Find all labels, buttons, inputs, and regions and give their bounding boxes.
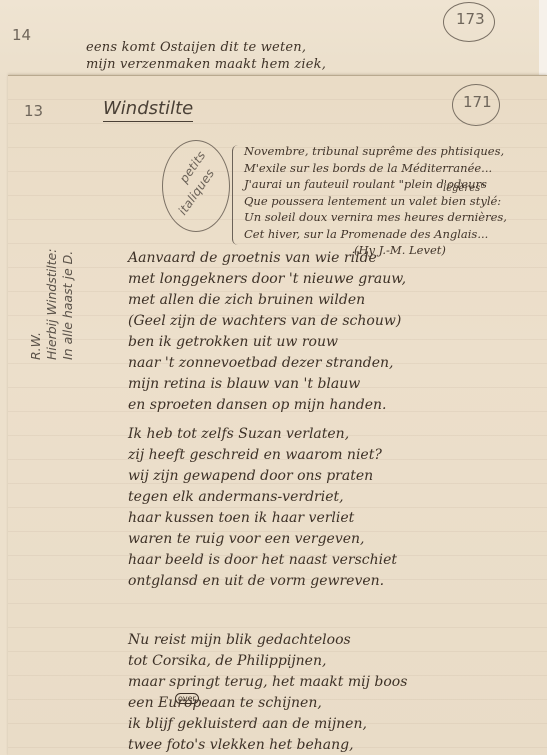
vertical-margin-note: R.W. Hierbij Windstilte: In alle haast j… (28, 249, 76, 360)
stanza-2: Ik heb tot zelfs Suzan verlaten, zij hee… (128, 424, 397, 592)
epigraph-line: M'exile sur les bords de la Méditerranée… (244, 160, 507, 177)
poem-line: ontglansd en uit de vorm gewreven. (128, 571, 397, 592)
stanza-3: Nu reist mijn blik gedachteloos tot Cors… (128, 630, 407, 755)
back-manuscript-sheet: 14 173 eens komt Ostaijen dit te weten, … (0, 0, 547, 80)
poem-line: tegen elk andermans-verdriet, (128, 487, 397, 508)
poem-line: tot Corsika, de Philippijnen, (128, 651, 407, 672)
poem-line: naar 't zonnevoetbad dezer stranden, (128, 353, 406, 374)
poem-line: Nu reist mijn blik gedachteloos (128, 630, 407, 651)
front-page-number: 13 (24, 102, 43, 120)
poem-line: met allen die zich bruinen wilden (128, 290, 406, 311)
vertical-note-line: In alle haast je D. (60, 249, 76, 360)
poem-line: waren te ruig voor een vergeven, (128, 529, 397, 550)
stanza-1: Aanvaard de groetnis van wie rilde met l… (128, 248, 406, 416)
epigraph-insertion: légères" (443, 183, 485, 194)
poem-line: zij heeft geschreid en waarom niet? (128, 445, 397, 466)
back-line-2: mijn verzenmaken maakt hem ziek, (86, 57, 326, 72)
epigraph: Novembre, tribunal suprême des phtisique… (244, 143, 507, 259)
poem-line: ik blijf gekluisterd aan de mijnen, (128, 714, 407, 735)
correction-over: over (175, 693, 199, 704)
poem-line: haar kussen toen ik haar verliet (128, 508, 397, 529)
poem-line: Aanvaard de groetnis van wie rilde (128, 248, 406, 269)
epigraph-bracket (232, 145, 241, 245)
vertical-note-line: R.W. (28, 249, 44, 360)
epigraph-line: Un soleil doux vernira mes heures derniè… (244, 209, 507, 226)
poem-line: wij zijn gewapend door ons praten (128, 466, 397, 487)
poem-line: mijn retina is blauw van 't blauw (128, 374, 406, 395)
poem-line: (Geel zijn de wachters van de schouw) (128, 311, 406, 332)
poem-line: twee foto's vlekken het behang, (128, 735, 407, 755)
back-page-number: 14 (12, 26, 31, 44)
poem-line: met longgekners door 't nieuwe grauw, (128, 269, 406, 290)
front-folio-number: 171 (463, 93, 492, 111)
back-folio-number: 173 (456, 10, 485, 28)
epigraph-line: Cet hiver, sur la Promenade des Anglais.… (244, 226, 507, 243)
vertical-note-line: Hierbij Windstilte: (44, 249, 60, 360)
epigraph-line: Que poussera lentement un valet bien sty… (244, 193, 507, 210)
poem-line: Ik heb tot zelfs Suzan verlaten, (128, 424, 397, 445)
poem-line: ben ik getrokken uit uw rouw (128, 332, 406, 353)
poem-title: Windstilte (103, 98, 193, 122)
poem-line: haar beeld is door het naast verschiet (128, 550, 397, 571)
back-line-1: eens komt Ostaijen dit te weten, (86, 40, 306, 55)
sheet-edge (539, 0, 547, 80)
poem-line: en sproeten dansen op mijn handen. (128, 395, 406, 416)
epigraph-line: Novembre, tribunal suprême des phtisique… (244, 143, 507, 160)
poem-line: een Europeaan te schijnen, (128, 693, 407, 714)
poem-line: maar springt terug, het maakt mij boos (128, 672, 407, 693)
